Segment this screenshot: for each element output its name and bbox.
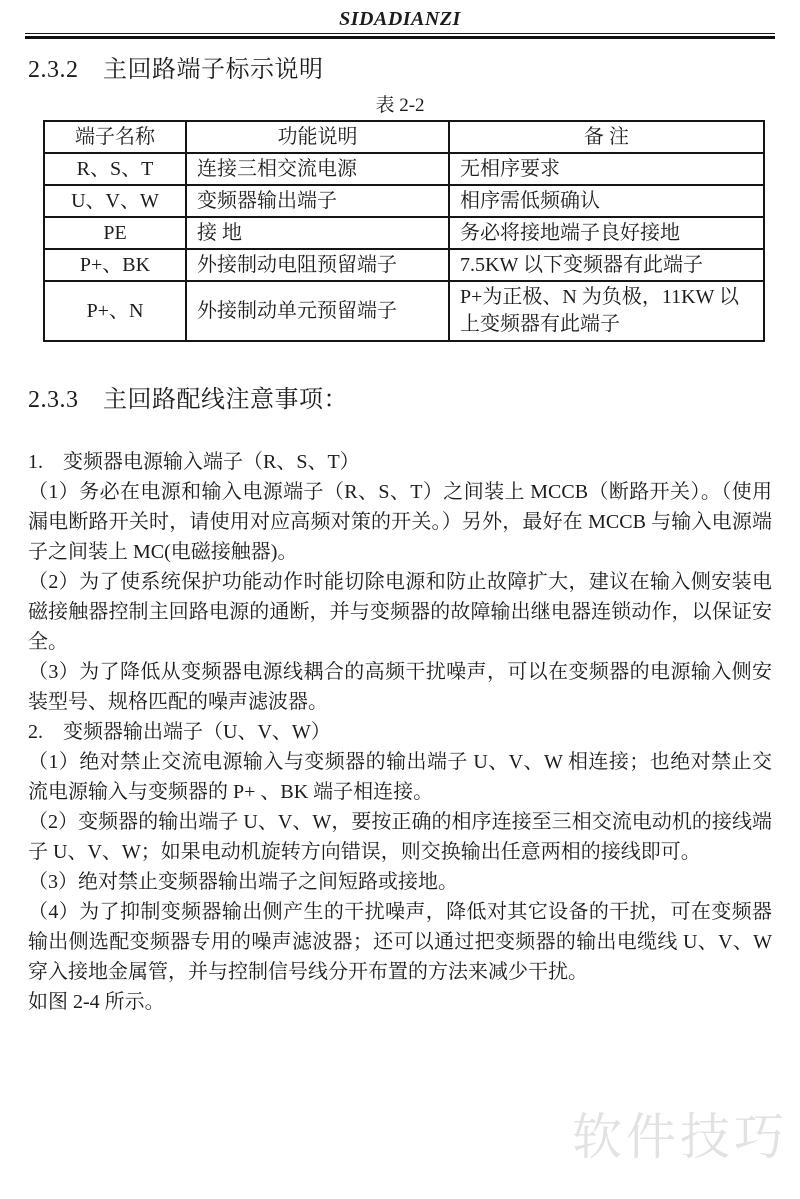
paragraph: （2）为了使系统保护功能动作时能切除电源和防止故障扩大，建议在输入侧安装电磁接触… bbox=[28, 567, 772, 657]
header-double-rule bbox=[25, 33, 775, 39]
cell-remark: 相序需低频确认 bbox=[449, 185, 764, 217]
paragraph: （2）变频器的输出端子 U、V、W，要按正确的相序连接至三相交流电动机的接线端子… bbox=[28, 807, 772, 867]
cell-function: 连接三相交流电源 bbox=[186, 153, 449, 185]
cell-function: 接 地 bbox=[186, 217, 449, 249]
cell-terminal: U、V、W bbox=[44, 185, 186, 217]
cell-remark: 务必将接地端子良好接地 bbox=[449, 217, 764, 249]
paragraph: （1）绝对禁止交流电源输入与变频器的输出端子 U、V、W 相连接；也绝对禁止交流… bbox=[28, 747, 772, 807]
cell-remark: 无相序要求 bbox=[449, 153, 764, 185]
watermark-text: 软件技巧 bbox=[572, 1097, 788, 1169]
table-row: R、S、T 连接三相交流电源 无相序要求 bbox=[44, 153, 764, 185]
cell-function: 外接制动单元预留端子 bbox=[186, 281, 449, 341]
paragraph: （1）务必在电源和输入电源端子（R、S、T）之间装上 MCCB（断路开关）。（使… bbox=[28, 477, 772, 567]
cell-function: 变频器输出端子 bbox=[186, 185, 449, 217]
paragraph: （3）绝对禁止变频器输出端子之间短路或接地。 bbox=[28, 867, 772, 897]
col-header-terminal-name: 端子名称 bbox=[44, 121, 186, 153]
col-header-remark: 备 注 bbox=[449, 121, 764, 153]
table-row: PE 接 地 务必将接地端子良好接地 bbox=[44, 217, 764, 249]
table-caption: 表 2-2 bbox=[0, 90, 800, 117]
cell-function: 外接制动电阻预留端子 bbox=[186, 249, 449, 281]
terminal-description-table: 端子名称 功能说明 备 注 R、S、T 连接三相交流电源 无相序要求 U、V、W… bbox=[43, 120, 765, 342]
paragraph: （3）为了降低从变频器电源线耦合的高频干扰噪声，可以在变频器的电源输入侧安装型号… bbox=[28, 657, 772, 717]
cell-remark: 7.5KW 以下变频器有此端子 bbox=[449, 249, 764, 281]
section-title-2-3-3: 2.3.3 主回路配线注意事项： bbox=[28, 379, 772, 414]
paragraph: 2. 变频器输出端子（U、V、W） bbox=[28, 717, 772, 747]
running-head-brand: SIDADIANZI bbox=[0, 0, 800, 31]
col-header-function: 功能说明 bbox=[186, 121, 449, 153]
cell-terminal: PE bbox=[44, 217, 186, 249]
table-header-row: 端子名称 功能说明 备 注 bbox=[44, 121, 764, 153]
cell-terminal: P+、N bbox=[44, 281, 186, 341]
paragraph: （4）为了抑制变频器输出侧产生的干扰噪声，降低对其它设备的干扰，可在变频器输出侧… bbox=[28, 897, 772, 987]
paragraph: 如图 2-4 所示。 bbox=[28, 987, 772, 1017]
cell-terminal: R、S、T bbox=[44, 153, 186, 185]
paragraph: 1. 变频器电源输入端子（R、S、T） bbox=[28, 447, 772, 477]
cell-remark: P+为正极、N 为负极，11KW 以上变频器有此端子 bbox=[449, 281, 764, 341]
table-row: U、V、W 变频器输出端子 相序需低频确认 bbox=[44, 185, 764, 217]
document-page: SIDADIANZI 2.3.2 主回路端子标示说明 表 2-2 端子名称 功能… bbox=[0, 0, 800, 1199]
body-text-block: 1. 变频器电源输入端子（R、S、T） （1）务必在电源和输入电源端子（R、S、… bbox=[28, 447, 772, 1017]
table-row: P+、BK 外接制动电阻预留端子 7.5KW 以下变频器有此端子 bbox=[44, 249, 764, 281]
table-row: P+、N 外接制动单元预留端子 P+为正极、N 为负极，11KW 以上变频器有此… bbox=[44, 281, 764, 341]
section-title-2-3-2: 2.3.2 主回路端子标示说明 bbox=[28, 49, 772, 84]
cell-terminal: P+、BK bbox=[44, 249, 186, 281]
